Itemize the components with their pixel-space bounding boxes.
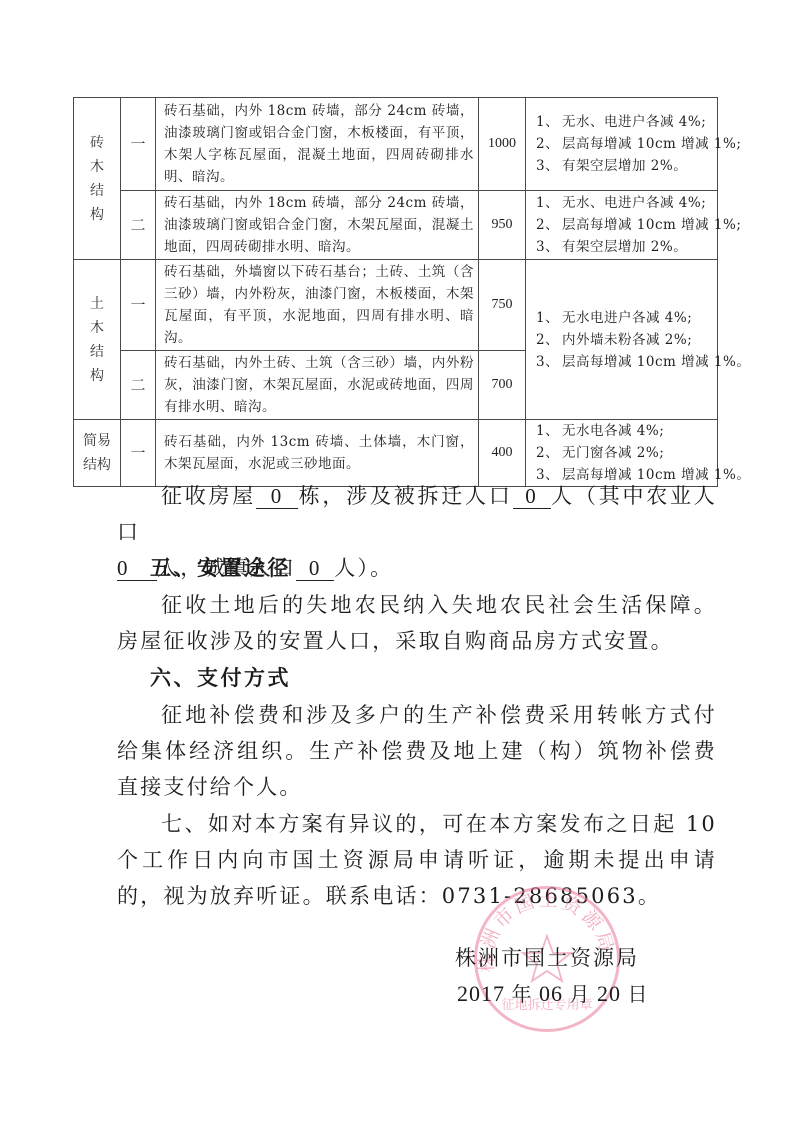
- structure-type-cell: 简易 结构: [74, 420, 121, 487]
- price-cell: 750: [479, 260, 526, 351]
- table-row: 简易 结构 一 砖石基础，内外 13cm 砖墙、土体墙，木门窗，木架瓦屋面，水泥…: [74, 420, 718, 487]
- adjustment-cell: 1、无水、电进户各减 4%; 2、层高每增减 10cm 增减 1%; 3、有架空…: [526, 191, 718, 260]
- adjustment-cell: 1、无水电各减 4%; 2、无门窗各减 2%; 3、层高每增减 10cm 增减 …: [526, 420, 718, 487]
- structure-type-cell: 土 木 结 构: [74, 260, 121, 420]
- section-6-body: 征地补偿费和涉及多户的生产补偿费采用转帐方式付给集体经济组织。生产补偿费及地上建…: [117, 697, 717, 805]
- building-compensation-table: 砖 木 结 构 一 砖石基础，内外 18cm 砖墙，部分 24cm 砖墙，油漆玻…: [73, 97, 718, 487]
- table-row: 土 木 结 构 一 砖石基础，外墙窗以下砖石基台；土砖、土筑（含三砂）墙，内外粉…: [74, 260, 718, 351]
- section-5-heading: 五、安置途径: [150, 552, 291, 582]
- document-page: 砖 木 结 构 一 砖石基础，内外 18cm 砖墙，部分 24cm 砖墙，油漆玻…: [0, 0, 800, 1132]
- description-cell: 砖石基础，内外 18cm 砖墙，部分 24cm 砖墙，油漆玻璃门窗或铝合金门窗，…: [156, 191, 479, 260]
- text: 栋，涉及被拆迁人口: [298, 484, 513, 508]
- table-row: 二 砖石基础，内外 18cm 砖墙，部分 24cm 砖墙，油漆玻璃门窗或铝合金门…: [74, 191, 718, 260]
- adjustment-cell: 1、无水电进户各减 4%; 2、内外墙未粉各减 2%; 3、层高每增减 10cm…: [526, 260, 718, 420]
- adjustment-item: 1、无水电各减 4%;: [536, 420, 713, 442]
- table-row: 砖 木 结 构 一 砖石基础，内外 18cm 砖墙，部分 24cm 砖墙，油漆玻…: [74, 98, 718, 191]
- price-cell: 700: [479, 351, 526, 420]
- relocated-people-count: 0: [513, 484, 551, 509]
- type-char: 砖: [74, 131, 120, 155]
- date-year: 2017: [457, 981, 505, 1006]
- section-6-heading: 六、支付方式: [150, 662, 291, 692]
- date-day-unit: 日: [628, 982, 649, 1006]
- adjustment-item: 3、层高每增减 10cm 增减 1%。: [536, 351, 713, 373]
- grade-cell: 一: [121, 260, 156, 351]
- type-char: 结: [74, 179, 120, 203]
- type-char: 土: [74, 292, 120, 316]
- grade-cell: 一: [121, 98, 156, 191]
- urban-people-count: 0: [296, 556, 334, 581]
- grade-cell: 二: [121, 191, 156, 260]
- issuing-authority: 株洲市国土资源局: [455, 942, 639, 972]
- description-cell: 砖石基础，内外 18cm 砖墙，部分 24cm 砖墙，油漆玻璃门窗或铝合金门窗，…: [156, 98, 479, 191]
- grade-cell: 二: [121, 351, 156, 420]
- text: 人）。: [334, 556, 393, 580]
- type-char: 结: [74, 340, 120, 364]
- description-cell: 砖石基础，内外 13cm 砖墙、土体墙，木门窗，木架瓦屋面，水泥或三砂地面。: [156, 420, 479, 487]
- adjustment-item: 1、无水、电进户各减 4%;: [536, 192, 713, 214]
- date-day: 20: [597, 981, 621, 1006]
- description-cell: 砖石基础，外墙窗以下砖石基台；土砖、土筑（含三砂）墙，内外粉灰，油漆门窗，木板楼…: [156, 260, 479, 351]
- price-cell: 950: [479, 191, 526, 260]
- price-cell: 400: [479, 420, 526, 487]
- date-month: 06: [539, 981, 563, 1006]
- structure-type-cell: 砖 木 结 构: [74, 98, 121, 260]
- text: 征收房屋: [161, 484, 256, 508]
- houses-count: 0: [256, 484, 298, 509]
- adjustment-item: 3、有架空层增加 2%。: [536, 155, 713, 177]
- date-month-unit: 月: [570, 982, 591, 1006]
- section-7-body: 七、如对本方案有异议的，可在本方案发布之日起 10 个工作日内向市国土资源局申请…: [117, 806, 717, 914]
- section-5-body: 征收土地后的失地农民纳入失地农民社会生活保障。房屋征收涉及的安置人口，采取自购商…: [117, 587, 717, 659]
- type-char: 构: [74, 203, 120, 227]
- adjustment-item: 3、有架空层增加 2%。: [536, 236, 713, 258]
- price-cell: 1000: [479, 98, 526, 191]
- description-cell: 砖石基础，内外土砖、土筑（含三砂）墙，内外粉灰，油漆门窗，木架瓦屋面，水泥或砖地…: [156, 351, 479, 420]
- adjustment-item: 2、内外墙未粉各减 2%;: [536, 329, 713, 351]
- date-year-unit: 年: [512, 982, 533, 1006]
- grade-cell: 一: [121, 420, 156, 487]
- type-label: 结构: [74, 453, 120, 477]
- adjustment-item: 2、层高每增减 10cm 增减 1%;: [536, 133, 713, 155]
- adjustment-cell: 1、无水、电进户各减 4%; 2、层高每增减 10cm 增减 1%; 3、有架空…: [526, 98, 718, 191]
- issue-date: 2017 年 06 月 20 日: [457, 978, 649, 1007]
- type-label: 简易: [74, 429, 120, 453]
- type-char: 木: [74, 155, 120, 179]
- adjustment-item: 2、层高每增减 10cm 增减 1%;: [536, 214, 713, 236]
- adjustment-item: 1、无水电进户各减 4%;: [536, 307, 713, 329]
- type-char: 构: [74, 364, 120, 388]
- type-char: 木: [74, 316, 120, 340]
- adjustment-item: 2、无门窗各减 2%;: [536, 442, 713, 464]
- adjustment-item: 1、无水、电进户各减 4%;: [536, 111, 713, 133]
